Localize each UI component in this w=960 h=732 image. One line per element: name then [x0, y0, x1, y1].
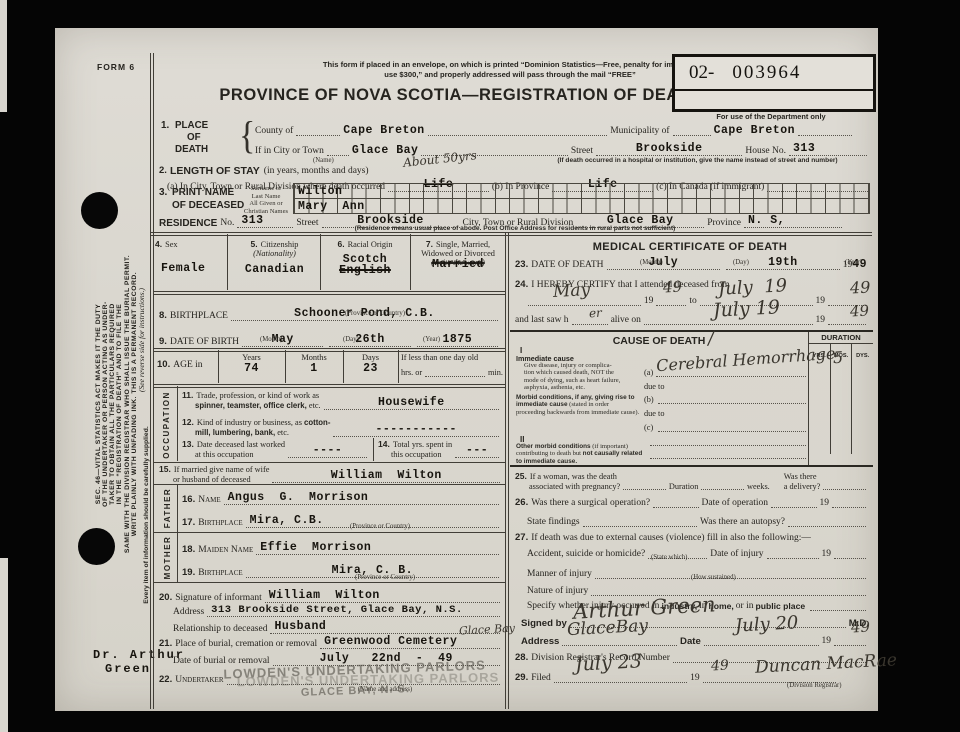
date-of-death-line: 23. DATE OF DEATH July 19th 19 49 — [515, 256, 867, 271]
trade-line: 11.Trade, profession, or kind of work as… — [182, 391, 502, 411]
municipality-label: Municipality of — [610, 126, 669, 137]
mother-birthplace-sub: (Province or Country) — [310, 574, 460, 581]
label-line: Surname or — [240, 185, 292, 193]
racial-origin-cell: 6.Racial Origin Scotch English — [323, 239, 407, 277]
birthdate-label: DATE OF BIRTH — [170, 337, 239, 348]
section-divider — [153, 348, 505, 352]
house-no-value: 313 — [793, 142, 815, 155]
informant-address-line: Address 313 Brookside Street, Glace Bay,… — [173, 604, 503, 618]
item-no: 13. — [182, 439, 194, 449]
item-no: 20. — [159, 593, 172, 604]
punch-hole — [81, 192, 118, 229]
trade-value: Housewife — [378, 396, 445, 409]
operation-line: 26. Was there a surgical operation? Date… — [515, 498, 869, 509]
residence-note: (Residence means usual place of abode. P… — [275, 225, 755, 232]
birthplace-label: BIRTHPLACE — [170, 311, 228, 322]
birthplace-sub: (Province or Country) — [295, 310, 455, 317]
father-name-label: Name — [198, 495, 220, 506]
statute-line: TAKER TO OBTAIN ALL THE PARTICULARS REQU… — [109, 168, 116, 640]
father-side-label: FATHER — [163, 485, 172, 531]
informant-signature-label: Signature of informant — [175, 593, 262, 604]
certify-line: 24. I HEREBY CERTIFY that I attended dec… — [515, 280, 730, 291]
house-no-label: House No. — [745, 146, 786, 157]
county-value: Cape Breton — [343, 124, 424, 137]
pregnancy-label-1: If a woman, was the death — [530, 472, 617, 481]
cause-c-label: (c) — [644, 423, 653, 432]
pregnancy-duration-label: Duration — [669, 482, 699, 492]
informant-relationship-value: Husband — [274, 620, 326, 633]
item-no: 10. — [157, 360, 170, 371]
accident-line: Accident, suicide or homicide? Date of i… — [527, 549, 869, 560]
pre-year: 19 — [690, 673, 700, 684]
item-no: 16. — [182, 495, 195, 506]
hrs-label: hrs. or — [401, 368, 422, 378]
operation-date-label: Date of operation — [702, 498, 768, 509]
scan-edge-artifact — [0, 0, 7, 112]
other-morbid-bold: Other morbid conditions — [516, 443, 591, 450]
section-divider — [153, 484, 505, 485]
accident-label: Accident, suicide or homicide? — [527, 549, 645, 560]
informant-address-label: Address — [173, 607, 204, 618]
total-years-label-2: this occupation — [391, 450, 452, 460]
less-than-day-label: If less than one day old — [401, 353, 503, 362]
other-morbid-not: not — [583, 450, 593, 457]
total-years-line: 14.Total yrs. spent in this occupation -… — [378, 440, 502, 459]
spouse-value: William Wilton — [331, 469, 442, 482]
envelope-note: This form if placed in an envelope, on w… — [295, 60, 725, 81]
findings-line: State findings Was there an autopsy? — [527, 517, 869, 528]
municipality-value: Cape Breton — [714, 124, 795, 137]
to-label: to — [689, 296, 696, 307]
section-divider — [153, 462, 505, 463]
street-label: Street — [571, 146, 593, 157]
label-line: PRINT NAME — [172, 186, 244, 199]
filed-date-handwritten: July 23 — [574, 650, 642, 675]
residence-no-label: No. — [220, 218, 234, 229]
name-sub-label: (Name) — [313, 157, 334, 164]
saw-year-handwritten: 49 — [850, 302, 870, 321]
weeks-label: weeks. — [747, 482, 770, 492]
citizenship-label: Citizenship — [261, 240, 299, 249]
certify-from-handwritten: May — [553, 280, 591, 302]
last-worked-line: 13.Date deceased last worked at this occ… — [182, 440, 370, 459]
marital-label2: Widowed or Divorced — [412, 249, 504, 258]
findings-label: State findings — [527, 517, 580, 528]
death-day: 19th — [768, 256, 798, 269]
certificate-number-box: 02- 003964 — [672, 54, 876, 112]
pre-year: 19 — [644, 296, 654, 307]
external-causes-line: 27. If death was due to external causes … — [515, 533, 811, 544]
scan-edge-artifact — [0, 558, 8, 732]
pre-year: 19 — [822, 549, 832, 560]
mother-name-label: Maiden Name — [198, 545, 253, 556]
burial-place-value: Greenwood Cemetery — [324, 635, 457, 648]
saw-date-handwritten: July 19 — [712, 296, 780, 321]
etc: etc. — [309, 401, 321, 410]
label-line: PLACE — [175, 120, 208, 132]
pregnancy-label-2: associated with pregnancy? — [529, 482, 620, 492]
column-divider — [505, 232, 509, 709]
delivery-label-2: a delivery? — [784, 482, 821, 492]
envelope-note-line: This form if placed in an envelope, on w… — [295, 60, 725, 70]
years-label: Years — [218, 353, 285, 362]
mother-side-label: MOTHER — [163, 534, 172, 581]
form-number: FORM 6 — [97, 62, 135, 72]
signed-year-handwritten: 49 — [851, 618, 871, 637]
due-to-2: due to — [644, 409, 665, 418]
item-no: 28. — [515, 653, 528, 664]
sex-label: Sex — [165, 240, 177, 249]
death-certificate-document: FORM 6 SEC. 46—VITAL STATISTICS ACT MAKE… — [55, 28, 878, 711]
residence-label: RESIDENCE — [159, 218, 217, 230]
statute-line: SEC. 46—VITAL STATISTICS ACT MAKES IT TH… — [95, 168, 102, 640]
birth-day: 26th — [355, 333, 385, 346]
label-line: OF DECEASED — [172, 199, 244, 212]
informant-signature-line: 20. Signature of informant William Wilto… — [159, 589, 503, 604]
death-year-sub: (Year) — [845, 259, 862, 266]
pregnancy-line: 25.If a woman, was the death associated … — [515, 472, 869, 491]
specify-public: public place — [755, 602, 805, 612]
trade-label-1: Trade, profession, or kind of work as — [196, 391, 319, 400]
immediate-desc: tion which caused death, NOT the — [524, 369, 620, 376]
citizenship-cell: 5.Citizenship (Nationality) Canadian — [231, 239, 318, 276]
age-less-cell: If less than one day old hrs. or min. — [401, 353, 503, 378]
item-no: 15. — [159, 464, 171, 474]
length-of-stay-paren: (in years, months and days) — [264, 166, 369, 177]
birth-day-sub: (Day) — [343, 336, 359, 343]
mother-birthplace-label: Birthplace — [198, 568, 242, 579]
informant-relationship-line: Relationship to deceased Husband — [173, 620, 503, 635]
certificate-number-prefix: 02- — [689, 62, 714, 84]
item-no: 2. — [159, 166, 167, 177]
nature-label: Nature of injury — [527, 586, 588, 597]
signed-by-label: Signed by — [521, 618, 567, 629]
item-no: 25. — [515, 471, 527, 481]
duration-dys: DYS. — [856, 353, 869, 359]
certify-to-year-handwritten: 49 — [850, 277, 871, 297]
saw-pronoun-handwritten: er — [589, 306, 603, 321]
mother-name-line: 18. Maiden Name Effie Morrison — [182, 541, 502, 556]
father-birthplace-sub: (Province or Country) — [305, 523, 455, 530]
father-name-value: Angus G. Morrison — [228, 491, 369, 504]
father-name-line: 16. Name Angus G. Morrison — [182, 491, 502, 506]
certificate-number: 003964 — [732, 62, 801, 84]
spouse-line: 15.If married give name of wife or husba… — [159, 465, 503, 484]
age-months-cell: Months 1 — [285, 353, 343, 375]
pre-year: 19 — [822, 636, 832, 647]
cause-a-label: (a) — [644, 368, 653, 377]
industry-line: 12.Kind of industry or business, as cott… — [182, 418, 502, 438]
saw-label-b: alive on — [611, 315, 641, 326]
injury-date-label: Date of injury — [710, 549, 763, 560]
item-no: 29. — [515, 673, 528, 684]
filed-label: Filed — [531, 673, 551, 684]
street-value: Brookside — [636, 142, 703, 155]
immediate-desc: asphyxia, asthenia, etc. — [524, 384, 620, 391]
given-names-value: Mary Ann — [298, 200, 365, 213]
marital-label: Single, Married, — [436, 240, 490, 249]
label-line: OF — [187, 132, 208, 144]
mother-name-value: Effie Morrison — [260, 541, 371, 554]
cause-of-death-header: CAUSE OF DEATH — [510, 335, 808, 347]
occupation-side-label: OCCUPATION — [162, 391, 171, 459]
how-sustained-sub: (How sustained) — [691, 574, 736, 581]
burial-place-line: 21. Place of burial, cremation or remova… — [159, 635, 503, 650]
item-no: 24. — [515, 280, 528, 291]
item-no: 1. — [161, 120, 169, 132]
item-no: 27. — [515, 533, 528, 544]
physician-address-handwritten: GlaceBay — [567, 616, 649, 640]
death-day-sub: (Day) — [733, 259, 749, 266]
surname-grid — [293, 183, 870, 199]
signed-date-label: Date — [680, 636, 701, 647]
trade-label-2: spinner, teamster, office clerk, — [195, 401, 307, 410]
label-line: All Given or — [240, 200, 292, 208]
burial-place-label: Place of burial, cremation or removal — [175, 639, 317, 650]
citizenship-paren: (Nationality) — [231, 249, 318, 258]
length-of-stay-label: 2. LENGTH OF STAY (in years, months and … — [159, 165, 369, 177]
filed-year-handwritten: 49 — [711, 658, 730, 675]
industry-label-1: Kind of industry or business, as — [197, 418, 302, 427]
cause-mark: / — [707, 328, 714, 349]
birth-year: 1875 — [443, 333, 473, 346]
min-label: min. — [488, 368, 503, 378]
statute-line: SAME WITH THE DIVISION REGISTRAR WHO SHA… — [124, 168, 131, 640]
months-value: 1 — [285, 362, 343, 375]
margin-annotation: Dr. Arthur Green — [93, 648, 185, 676]
item-no: 23. — [515, 260, 528, 271]
delivery-label-1: Was there — [784, 472, 821, 482]
length-of-stay-title: LENGTH OF STAY — [170, 165, 260, 177]
department-only-note: For use of the Department only — [672, 112, 870, 121]
print-name-label: 3. PRINT NAME OF DECEASED — [159, 186, 244, 212]
pre-year: 19 — [816, 296, 826, 307]
months-label: Months — [285, 353, 343, 362]
due-to-1: due to — [644, 382, 665, 391]
item-no: 22. — [159, 675, 172, 686]
section-divider — [153, 532, 505, 533]
age-in-label: AGE in — [173, 360, 202, 371]
total-years-label-1: Total yrs. spent in — [393, 440, 452, 449]
item-no: 5. — [251, 239, 258, 249]
pre-year: 19 — [816, 315, 826, 326]
industry-label-2: mill, lumbering, bank, — [195, 428, 275, 437]
statute-line: IN THE “REGISTRATION OF DEATH” AND TO FI… — [116, 168, 123, 640]
total-years-value: --- — [466, 444, 488, 457]
place-line-city: If in City or Town Glace Bay Street Broo… — [255, 142, 870, 157]
place-of-death-label: 1. PLACE OF DEATH — [163, 120, 208, 155]
item-no: 9. — [159, 337, 167, 348]
city-label: If in City or Town — [255, 146, 324, 157]
section-divider — [153, 384, 505, 388]
section-divider — [153, 291, 505, 295]
item-no: 4. — [155, 239, 162, 249]
sex-cell: 4.Sex Female — [155, 239, 225, 275]
certify-from-year-handwritten: 49 — [663, 278, 683, 297]
punch-hole — [78, 528, 115, 565]
spouse-label-1: If married give name of wife — [174, 465, 270, 474]
marital-value: Married — [412, 258, 504, 271]
cause-b-label: (b) — [644, 395, 654, 404]
place-line-county: County of Cape Breton Municipality of Ca… — [255, 124, 855, 137]
saw-label-a: and last saw h — [515, 315, 569, 326]
immediate-desc: Give disease, injury or complica- — [524, 362, 620, 369]
age-days-cell: Days 23 — [343, 353, 398, 375]
residence-no-value: 313 — [241, 214, 263, 227]
days-label: Days — [343, 353, 398, 362]
envelope-note-line: use $300,” and properly addressed will p… — [295, 70, 725, 80]
age-years-cell: Years 74 — [218, 353, 285, 375]
item-no: 26. — [515, 498, 528, 509]
surname-cell-label: Surname or Last Name — [240, 185, 292, 201]
last-worked-value: ---- — [313, 444, 343, 457]
item-no: 14. — [378, 439, 390, 449]
informant-address-value: 313 Brookside Street, Glace Bay, N.S. — [211, 604, 463, 616]
physician-address-label: Address — [521, 636, 559, 647]
scan-background: FORM 6 SEC. 46—VITAL STATISTICS ACT MAKE… — [0, 0, 960, 732]
county-label: County of — [255, 126, 293, 137]
item-no: 12. — [182, 417, 194, 427]
every-item-note: Every item of information should be care… — [143, 385, 150, 645]
item-no: 3. — [159, 186, 167, 199]
item-no: 11. — [182, 390, 193, 400]
margin-rule — [150, 53, 154, 709]
specify-or: or in — [736, 601, 754, 612]
marital-status-cell: 7.Single, Married, Widowed or Divorced (… — [412, 239, 504, 271]
days-value: 23 — [343, 362, 398, 375]
certify-saw-line: and last saw h alive on 19 — [515, 315, 869, 326]
pre-year: 19 — [820, 498, 830, 509]
years-value: 74 — [218, 362, 285, 375]
surname-value: Wilton — [298, 185, 342, 198]
signed-date-handwritten: July 20 — [734, 612, 798, 636]
division-registrar-sub: (Division Registrar) — [787, 682, 842, 689]
spouse-label-2: or husband of deceased — [173, 475, 269, 485]
label-line: DEATH — [175, 144, 208, 156]
manner-label: Manner of injury — [527, 569, 592, 580]
birth-year-sub: (Year) — [423, 336, 440, 343]
birth-month-sub: (Month) — [260, 336, 283, 343]
death-month-sub: (Month) — [640, 259, 663, 266]
last-worked-label-2: at this occupation — [195, 450, 285, 460]
item-no: 19. — [182, 568, 195, 579]
industry-label-bold: cotton- — [304, 418, 330, 427]
item-no: 17. — [182, 518, 195, 529]
date-of-death-label: DATE OF DEATH — [531, 260, 603, 271]
sex-value: Female — [161, 262, 225, 275]
father-birthplace-label: Birthplace — [198, 518, 242, 529]
age-label: 10. AGE in — [157, 360, 203, 371]
margin-statute-note: SEC. 46—VITAL STATISTICS ACT MAKES IT TH… — [95, 168, 138, 640]
informant-signature-value: William Wilton — [269, 589, 380, 602]
state-which-sub: (State which) — [651, 554, 687, 561]
duration-header: DURATION — [809, 332, 873, 344]
operation-label: Was there a surgical operation? — [531, 498, 650, 509]
given-names-grid — [293, 198, 870, 214]
racial-origin-label: Racial Origin — [348, 240, 393, 249]
etc: etc. — [277, 428, 289, 437]
brace: { — [239, 115, 255, 159]
autopsy-label: Was there an autopsy? — [700, 517, 785, 528]
item-no: 18. — [182, 545, 195, 556]
medical-certificate-title: MEDICAL CERTIFICATE OF DEATH — [510, 241, 870, 253]
item-no: 8. — [159, 311, 167, 322]
street-note: (If death occurred in a hospital or inst… — [525, 157, 870, 164]
section-divider — [150, 232, 872, 236]
cause-of-death-box: CAUSE OF DEATH / DURATION YRS. MOS. DYS.… — [510, 330, 873, 467]
item-no: 6. — [337, 239, 344, 249]
section-divider — [153, 582, 505, 583]
industry-value: ----------- — [376, 423, 457, 436]
racial-origin-struck: English — [323, 264, 407, 277]
statute-line: OF THE UNDERTAKER OR PERSON ACTING AS UN… — [102, 168, 109, 640]
external-causes-label: If death was due to external causes (vio… — [531, 533, 811, 544]
birthdate-line: 9. DATE OF BIRTH May 26th 1875 — [159, 333, 501, 348]
informant-relationship-label: Relationship to deceased — [173, 624, 267, 635]
item-no: 7. — [426, 239, 433, 249]
item-no: 21. — [159, 639, 172, 650]
citizenship-value: Canadian — [231, 263, 318, 276]
immediate-desc: mode of dying, such as heart failure, — [524, 377, 620, 384]
last-worked-label-1: Date deceased last worked — [197, 440, 285, 449]
